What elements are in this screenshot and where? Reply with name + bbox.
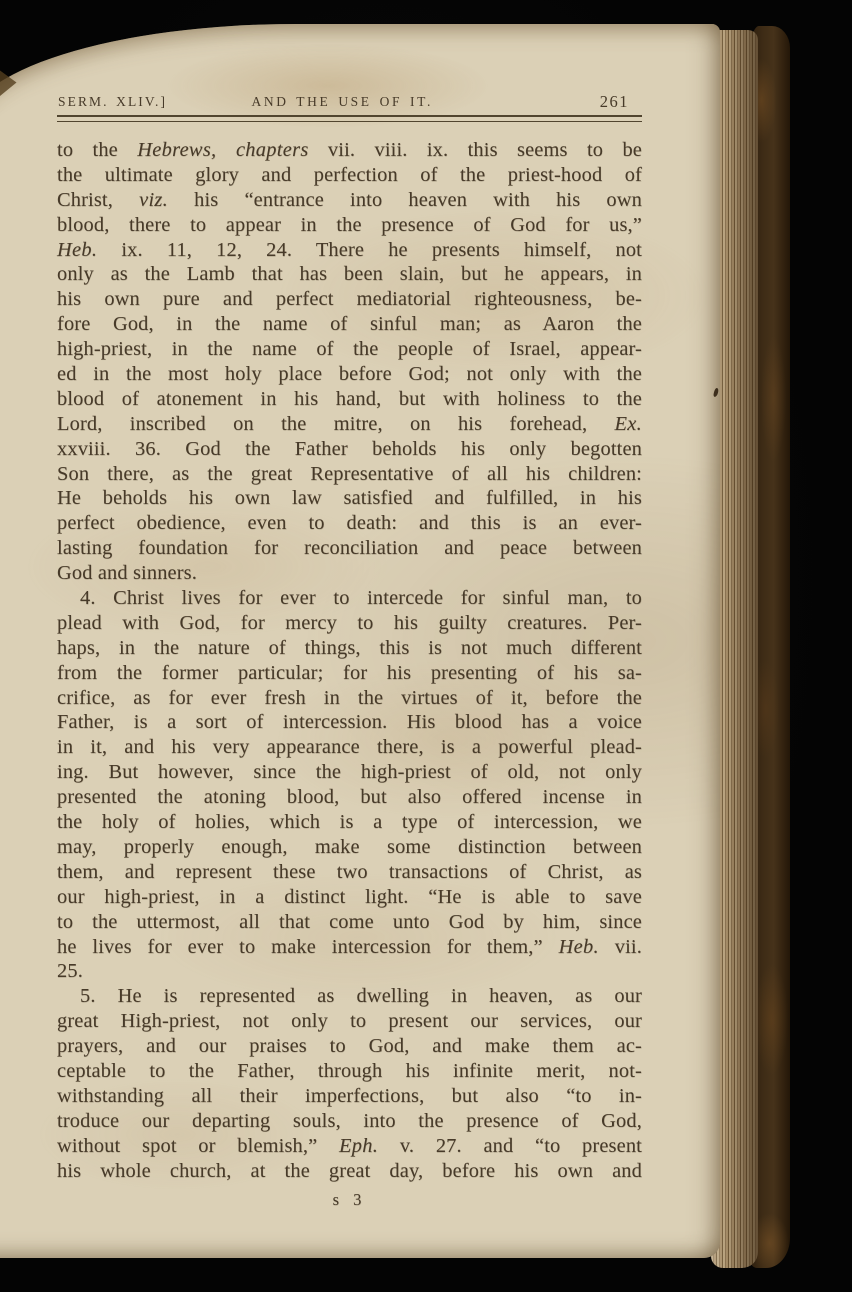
printers-signature: s 3 <box>57 1190 642 1210</box>
text-line: he lives for ever to make intercession f… <box>57 935 642 960</box>
text-line: without spot or blemish,” Eph. v. 27. an… <box>57 1134 642 1159</box>
text-line: ceptable to the Father, through his infi… <box>57 1059 642 1084</box>
photo-background: SERM. XLIV.] AND THE USE OF IT. 261 to t… <box>0 0 852 1292</box>
text-line: Father, is a sort of intercession. His b… <box>57 710 642 735</box>
text-line: lasting foundation for reconciliation an… <box>57 536 642 561</box>
paragraph: to the Hebrews, chapters vii. viii. ix. … <box>57 138 642 586</box>
text-line: Lord, inscribed on the mitre, on his for… <box>57 412 642 437</box>
text-line: troduce our departing souls, into the pr… <box>57 1109 642 1134</box>
text-line: ed in the most holy place before God; no… <box>57 362 642 387</box>
text-line: our high-priest, in a distinct light. “H… <box>57 885 642 910</box>
text-line: in it, and his very appearance there, is… <box>57 735 642 760</box>
text-line: 25. <box>57 959 642 984</box>
text-line: blood of atonement in his hand, but with… <box>57 387 642 412</box>
header-double-rule <box>57 115 642 122</box>
text-line: presented the atoning blood, but also of… <box>57 785 642 810</box>
running-header: SERM. XLIV.] AND THE USE OF IT. 261 <box>57 92 642 113</box>
text-line: crifice, as for ever fresh in the virtue… <box>57 686 642 711</box>
text-line: xxviii. 36. God the Father beholds his o… <box>57 437 642 462</box>
text-line: the ultimate glory and perfection of the… <box>57 163 642 188</box>
text-line: 5. He is represented as dwelling in heav… <box>57 984 642 1009</box>
text-line: to the uttermost, all that come unto God… <box>57 910 642 935</box>
text-line: his whole church, at the great day, befo… <box>57 1159 642 1184</box>
text-line: may, properly enough, make some distinct… <box>57 835 642 860</box>
text-line: the holy of holies, which is a type of i… <box>57 810 642 835</box>
text-line: Son there, as the great Representative o… <box>57 462 642 487</box>
paragraph: 4. Christ lives for ever to intercede fo… <box>57 586 642 984</box>
text-line: prayers, and our praises to God, and mak… <box>57 1034 642 1059</box>
text-line: He beholds his own law satisfied and ful… <box>57 486 642 511</box>
text-line: plead with God, for mercy to his guilty … <box>57 611 642 636</box>
text-line: fore God, in the name of sinful man; as … <box>57 312 642 337</box>
printed-content: SERM. XLIV.] AND THE USE OF IT. 261 to t… <box>57 92 642 1210</box>
running-title: AND THE USE OF IT. <box>252 94 433 110</box>
text-line: to the Hebrews, chapters vii. viii. ix. … <box>57 138 642 163</box>
text-line: Christ, viz. his “entrance into heaven w… <box>57 188 642 213</box>
body-text: to the Hebrews, chapters vii. viii. ix. … <box>57 138 642 1183</box>
page-number: 261 <box>600 92 629 112</box>
text-line: blood, there to appear in the presence o… <box>57 213 642 238</box>
text-line: Heb. ix. 11, 12, 24. There he presents h… <box>57 238 642 263</box>
sermon-number: SERM. XLIV.] <box>58 94 167 110</box>
text-line: great High-priest, not only to present o… <box>57 1009 642 1034</box>
text-line: haps, in the nature of things, this is n… <box>57 636 642 661</box>
text-line: them, and represent these two transactio… <box>57 860 642 885</box>
text-line: high-priest, in the name of the people o… <box>57 337 642 362</box>
text-line: from the former particular; for his pres… <box>57 661 642 686</box>
text-line: withstanding all their imperfections, bu… <box>57 1084 642 1109</box>
text-line: his own pure and perfect mediatorial rig… <box>57 287 642 312</box>
text-line: 4. Christ lives for ever to intercede fo… <box>57 586 642 611</box>
text-line: God and sinners. <box>57 561 642 586</box>
text-line: perfect obedience, even to death: and th… <box>57 511 642 536</box>
paragraph: 5. He is represented as dwelling in heav… <box>57 984 642 1183</box>
text-line: ing. But however, since the high-priest … <box>57 760 642 785</box>
text-line: only as the Lamb that has been slain, bu… <box>57 262 642 287</box>
